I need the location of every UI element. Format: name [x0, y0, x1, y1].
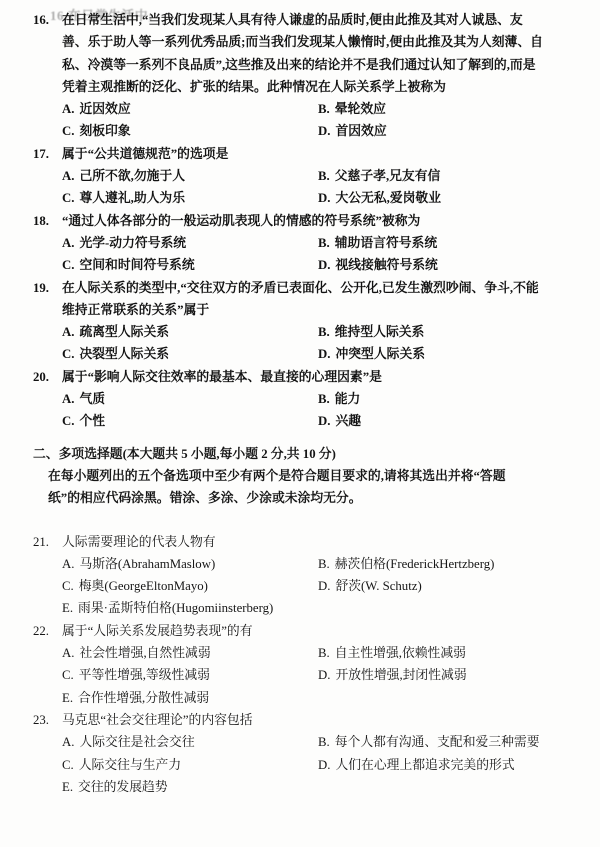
option-text: 首因效应 [335, 124, 386, 138]
option-letter: B. [318, 325, 330, 339]
question-20: 20. 属于“影响人际交往效率的最基本、最直接的心理因素”是 A.气质 B.能力… [33, 366, 600, 433]
option-letter: C. [62, 347, 74, 361]
option-letter: D. [318, 191, 330, 205]
question-23: 23. 马克思“社会交往理论”的内容包括 A.人际交往是社会交往 B.每个人都有… [33, 709, 600, 798]
option-d: D.舒茨(W. Schutz) [318, 575, 600, 597]
option-b: B.辅助语言符号系统 [318, 232, 600, 254]
option-text: 空间和时间符号系统 [79, 258, 194, 272]
option-letter: D. [318, 258, 330, 272]
question-number: 17. [33, 143, 49, 165]
question-number: 20. [33, 366, 49, 388]
question-19: 19. 在人际关系的类型中,“交往双方的矛盾已表面化、公开化,已发生激烈吵闹、争… [33, 277, 600, 366]
options-list: A.疏离型人际关系 B.维持型人际关系 C.决裂型人际关系 D.冲突型人际关系 [33, 321, 600, 366]
scanned-exam-page: 16.在日常生活中; 16. 在日常生活中,“当我们发现某人具有待人谦虚的品质时… [0, 0, 600, 847]
options-list: A.气质 B.能力 C.个性 D.兴趣 [33, 388, 600, 433]
question-number: 21. [33, 531, 49, 553]
option-text: 平等性增强,等级性减弱 [79, 668, 210, 682]
option-e: E.雨果·孟斯特伯格(Hugomiinsterberg) [62, 597, 318, 619]
option-text: 近因效应 [79, 102, 130, 116]
option-letter: B. [318, 392, 330, 406]
option-letter: D. [318, 347, 330, 361]
option-text: 能力 [335, 392, 361, 406]
option-text: 社会性增强,自然性减弱 [79, 646, 210, 660]
option-letter: A. [62, 735, 74, 749]
section-heading: 二、多项选择题(本大题共 5 小题,每小题 2 分,共 10 分) [33, 443, 600, 465]
question-number: 16. [33, 9, 49, 31]
options-list: A.社会性增强,自然性减弱 B.自主性增强,依赖性减弱 C.平等性增强,等级性减… [33, 642, 600, 709]
option-d: D.兴趣 [318, 410, 600, 432]
option-text: 开放性增强,封闭性减弱 [335, 668, 466, 682]
option-text: 尊人遵礼,助人为乐 [79, 191, 185, 205]
options-list: A.马斯洛(AbrahamMaslow) B.赫茨伯格(FrederickHer… [33, 553, 600, 620]
option-b: B.晕轮效应 [318, 98, 600, 120]
question-stem: 19. 在人际关系的类型中,“交往双方的矛盾已表面化、公开化,已发生激烈吵闹、争… [33, 277, 600, 322]
option-a: A.疏离型人际关系 [62, 321, 318, 343]
option-letter: C. [62, 414, 74, 428]
option-letter: B. [318, 236, 330, 250]
section-instructions: 在每小题列出的五个备选项中至少有两个是符合题目要求的,请将其选出并将“答题 纸”… [48, 465, 600, 510]
option-letter: B. [318, 102, 330, 116]
option-a: A.社会性增强,自然性减弱 [62, 642, 318, 664]
option-letter: C. [62, 191, 74, 205]
option-letter: D. [318, 668, 330, 682]
option-a: A.光学-动力符号系统 [62, 232, 318, 254]
option-letter: C. [62, 124, 74, 138]
option-b: B.自主性增强,依赖性减弱 [318, 642, 600, 664]
option-text: 交往的发展趋势 [78, 780, 168, 794]
option-b: B.能力 [318, 388, 600, 410]
multiple-choice-section: 二、多项选择题(本大题共 5 小题,每小题 2 分,共 10 分) 在每小题列出… [33, 443, 600, 798]
option-d: D.开放性增强,封闭性减弱 [318, 664, 600, 686]
option-text: 合作性增强,分散性减弱 [78, 691, 209, 705]
option-letter: A. [62, 557, 74, 571]
question-text: “通过人体各部分的一般运动肌表现人的情感的符号系统”被称为 [62, 210, 600, 232]
option-a: A.气质 [62, 388, 318, 410]
option-text: 视线接触符号系统 [335, 258, 437, 272]
question-stem: 22. 属于“人际关系发展趋势表现”的有 [33, 620, 600, 642]
option-text: 己所不欲,勿施于人 [79, 169, 185, 183]
option-b: B.赫茨伯格(FrederickHertzberg) [318, 553, 600, 575]
option-a: A.近因效应 [62, 98, 318, 120]
option-text: 辅助语言符号系统 [335, 236, 437, 250]
option-d: D.人们在心理上都追求完美的形式 [318, 754, 600, 776]
question-21: 21. 人际需要理论的代表人物有 A.马斯洛(AbrahamMaslow) B.… [33, 531, 600, 620]
option-c: C.梅奥(GeorgeEltonMayo) [62, 575, 318, 597]
option-text: 人们在心理上都追求完美的形式 [335, 758, 514, 772]
option-a: A.己所不欲,勿施于人 [62, 165, 318, 187]
option-e: E.交往的发展趋势 [62, 776, 318, 798]
option-d: D.大公无私,爱岗敬业 [318, 187, 600, 209]
option-b: B.维持型人际关系 [318, 321, 600, 343]
option-letter: D. [318, 124, 330, 138]
option-letter: A. [62, 392, 74, 406]
option-letter: E. [62, 691, 73, 705]
question-number: 23. [33, 709, 49, 731]
option-text: 大公无私,爱岗敬业 [335, 191, 441, 205]
option-d: D.首因效应 [318, 120, 600, 142]
question-text: 属于“影响人际交往效率的最基本、最直接的心理因素”是 [62, 366, 600, 388]
option-c: C.平等性增强,等级性减弱 [62, 664, 318, 686]
option-letter: A. [62, 102, 74, 116]
options-list: A.己所不欲,勿施于人 B.父慈子孝,兄友有信 C.尊人遵礼,助人为乐 D.大公… [33, 165, 600, 210]
option-letter: E. [62, 780, 73, 794]
option-letter: B. [318, 557, 330, 571]
question-text: 在日常生活中,“当我们发现某人具有待人谦虚的品质时,便由此推及其对人诚恳、友 善… [62, 9, 600, 98]
option-letter: A. [62, 646, 74, 660]
option-text: 父慈子孝,兄友有信 [335, 169, 441, 183]
option-text: 马斯洛(AbrahamMaslow) [79, 557, 215, 571]
question-text: 属于“人际关系发展趋势表现”的有 [62, 620, 600, 642]
option-text: 气质 [79, 392, 105, 406]
option-letter: A. [62, 169, 74, 183]
option-text: 雨果·孟斯特伯格(Hugomiinsterberg) [78, 601, 273, 615]
option-c: C.尊人遵礼,助人为乐 [62, 187, 318, 209]
option-letter: C. [62, 258, 74, 272]
option-text: 维持型人际关系 [335, 325, 425, 339]
option-text: 舒茨(W. Schutz) [335, 579, 421, 593]
question-stem: 23. 马克思“社会交往理论”的内容包括 [33, 709, 600, 731]
option-text: 光学-动力符号系统 [79, 236, 186, 250]
question-number: 18. [33, 210, 49, 232]
option-d: D.冲突型人际关系 [318, 343, 600, 365]
option-text: 赫茨伯格(FrederickHertzberg) [335, 557, 495, 571]
single-choice-questions-section: 16. 在日常生活中,“当我们发现某人具有待人谦虚的品质时,便由此推及其对人诚恳… [33, 9, 600, 433]
question-number: 19. [33, 277, 49, 299]
option-text: 人际交往与生产力 [79, 758, 181, 772]
question-16: 16. 在日常生活中,“当我们发现某人具有待人谦虚的品质时,便由此推及其对人诚恳… [33, 9, 600, 143]
question-stem: 17. 属于“公共道德规范”的选项是 [33, 143, 600, 165]
option-text: 自主性增强,依赖性减弱 [335, 646, 466, 660]
question-text: 在人际关系的类型中,“交往双方的矛盾已表面化、公开化,已发生激烈吵闹、争斗,不能… [62, 277, 600, 322]
option-text: 决裂型人际关系 [79, 347, 169, 361]
option-letter: B. [318, 735, 330, 749]
option-b: B.父慈子孝,兄友有信 [318, 165, 600, 187]
option-c: C.决裂型人际关系 [62, 343, 318, 365]
option-text: 人际交往是社会交往 [79, 735, 194, 749]
options-list: A.人际交往是社会交往 B.每个人都有沟通、支配和爱三种需要 C.人际交往与生产… [33, 731, 600, 798]
option-c: C.空间和时间符号系统 [62, 254, 318, 276]
question-18: 18. “通过人体各部分的一般运动肌表现人的情感的符号系统”被称为 A.光学-动… [33, 210, 600, 277]
option-letter: A. [62, 236, 74, 250]
option-e: E.合作性增强,分散性减弱 [62, 687, 318, 709]
option-letter: D. [318, 414, 330, 428]
question-text: 马克思“社会交往理论”的内容包括 [62, 709, 600, 731]
option-text: 梅奥(GeorgeEltonMayo) [79, 579, 208, 593]
option-letter: A. [62, 325, 74, 339]
question-22: 22. 属于“人际关系发展趋势表现”的有 A.社会性增强,自然性减弱 B.自主性… [33, 620, 600, 709]
option-c: C.刻板印象 [62, 120, 318, 142]
option-a: A.马斯洛(AbrahamMaslow) [62, 553, 318, 575]
option-letter: C. [62, 668, 74, 682]
option-text: 晕轮效应 [335, 102, 386, 116]
question-text: 人际需要理论的代表人物有 [62, 531, 600, 553]
question-stem: 18. “通过人体各部分的一般运动肌表现人的情感的符号系统”被称为 [33, 210, 600, 232]
question-stem: 21. 人际需要理论的代表人物有 [33, 531, 600, 553]
option-letter: B. [318, 646, 330, 660]
question-stem: 16. 在日常生活中,“当我们发现某人具有待人谦虚的品质时,便由此推及其对人诚恳… [33, 9, 600, 98]
option-c: C.个性 [62, 410, 318, 432]
option-d: D.视线接触符号系统 [318, 254, 600, 276]
question-text: 属于“公共道德规范”的选项是 [62, 143, 600, 165]
option-text: 兴趣 [335, 414, 361, 428]
question-stem: 20. 属于“影响人际交往效率的最基本、最直接的心理因素”是 [33, 366, 600, 388]
option-text: 疏离型人际关系 [79, 325, 169, 339]
question-17: 17. 属于“公共道德规范”的选项是 A.己所不欲,勿施于人 B.父慈子孝,兄友… [33, 143, 600, 210]
option-letter: D. [318, 579, 330, 593]
option-letter: C. [62, 579, 74, 593]
option-letter: D. [318, 758, 330, 772]
option-text: 刻板印象 [79, 124, 130, 138]
option-a: A.人际交往是社会交往 [62, 731, 318, 753]
option-text: 每个人都有沟通、支配和爱三种需要 [335, 735, 540, 749]
question-number: 22. [33, 620, 49, 642]
option-letter: B. [318, 169, 330, 183]
option-letter: E. [62, 601, 73, 615]
option-text: 个性 [79, 414, 105, 428]
option-text: 冲突型人际关系 [335, 347, 425, 361]
option-c: C.人际交往与生产力 [62, 754, 318, 776]
options-list: A.光学-动力符号系统 B.辅助语言符号系统 C.空间和时间符号系统 D.视线接… [33, 232, 600, 277]
options-list: A.近因效应 B.晕轮效应 C.刻板印象 D.首因效应 [33, 98, 600, 143]
option-letter: C. [62, 758, 74, 772]
option-b: B.每个人都有沟通、支配和爱三种需要 [318, 731, 600, 753]
